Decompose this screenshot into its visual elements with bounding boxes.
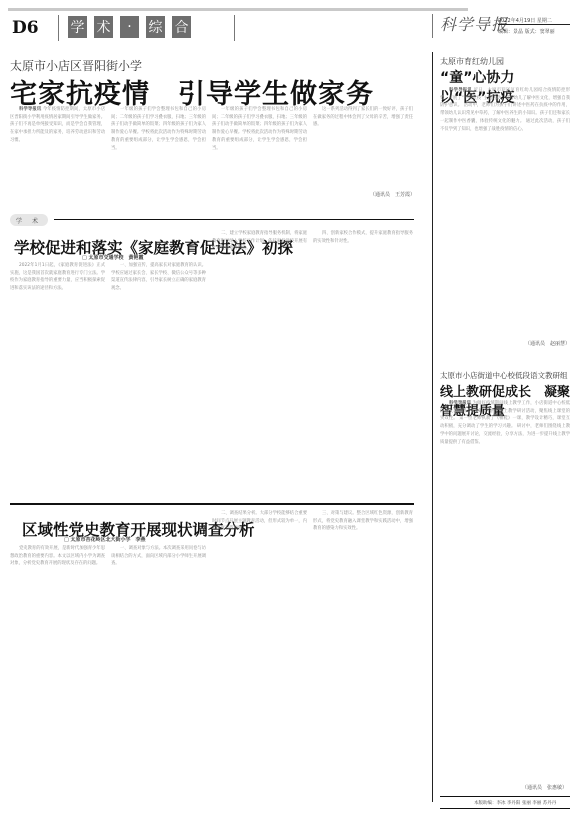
article3-byline: □ 太原市杏花岭区北大街小学 李燕: [64, 536, 145, 543]
article4-sign: （通讯员 赵丽慧）: [525, 340, 570, 347]
section-char: 术: [94, 16, 113, 38]
article1-column: 一年级的孩子们学会整理书包和自己的小房间；二年级的孩子们学习叠衣服、扫地；三年级…: [111, 106, 206, 200]
divider: [234, 15, 235, 41]
section-char: 综: [146, 16, 165, 38]
article3-column: 党史教育的有效开展，是新时代加强青少年思想政治教育的重要内容。本文以区域内小学为…: [10, 545, 105, 817]
section-char: 学: [68, 16, 87, 38]
article2-column: 四、创新家校合作模式，提升家庭教育指导服务的实效性和针对性。: [313, 230, 413, 478]
divider: [440, 796, 570, 797]
article5-sign: （通讯员 张惠敏）: [522, 784, 567, 791]
section-label: 学 术: [10, 214, 48, 226]
divider: [498, 24, 570, 25]
article1-sign: （通讯员 王芳霞）: [370, 191, 415, 198]
column-divider: [432, 52, 433, 802]
article2-byline: □ 太原市交通学校 黄艳霞: [82, 254, 143, 261]
article3-column: 三、对策与建议。整合区域红色资源，创新教育形式，将党史教育融入课堂教学和实践活动…: [313, 510, 413, 818]
divider: [440, 808, 570, 809]
article4-column: 科学导报讯 近日，太原市迎泽区育红幼儿园结合疫情防控形势，开展了“中医抗疫”主题…: [440, 87, 570, 335]
divider: [58, 15, 59, 41]
article2-column: 2022年1月1日起，《家庭教育促进法》正式实施，这是我国首次就家庭教育进行专门…: [10, 262, 105, 478]
article2-column: 二、建立学校家庭教育指导服务机制，将家庭教育指导纳入学校工作计划，依托家长学校开…: [212, 230, 307, 478]
divider: [54, 219, 414, 220]
article5-column: 科学导报讯 为做好疫情期间线上教学工作，小店街道中心校低段语文教研组于4月8日开…: [440, 400, 570, 782]
section-char: 合: [172, 16, 191, 38]
article5-kicker: 太原市小店街道中心校低段语文教研组: [440, 370, 568, 381]
article3-column: 一、调查对象与方法。本次调查采用问卷与访谈相结合的方式，面向区域内部分小学师生开…: [111, 545, 206, 817]
article1-column: 一年级的孩子们学会整理书包和自己的小房间；二年级的孩子们学习叠衣服、扫地；三年级…: [212, 106, 307, 200]
top-rule: [8, 8, 468, 11]
editors: 编辑：景晶 版式：窦翠丽: [498, 28, 555, 35]
footer-editors: 本版助编：李冰 李丹阳 张丽 李丽 苏丹丹: [474, 800, 556, 806]
section-char: ·: [120, 16, 139, 38]
page-number: D6: [12, 18, 39, 38]
article1-column: 科学导报讯 今年疫情防控期间，太原市小店区晋阳街小学利用疫情居家期间引导学生做家…: [10, 106, 105, 200]
article1-column: 这一系列活动得到了家长们的一致好评，孩子们在做家务的过程中体会到了父母的辛苦，增…: [313, 106, 413, 186]
issue-date: 2022年4月19日 星期二: [498, 17, 552, 24]
section-title: 学 术 · 综 合: [68, 16, 191, 38]
article3-column: 二、调查结果分析。大部分学校能够结合重要时间节点开展主题教育活动，但形式较为单一…: [212, 510, 307, 818]
divider: [432, 14, 433, 38]
article2-column: 一、加强宣传，提高家长对家庭教育的认识。学校应通过家长会、家长学校、微信公众号等…: [111, 262, 206, 478]
divider: [10, 503, 414, 505]
article4-kicker: 太原市育红幼儿园: [440, 56, 504, 67]
